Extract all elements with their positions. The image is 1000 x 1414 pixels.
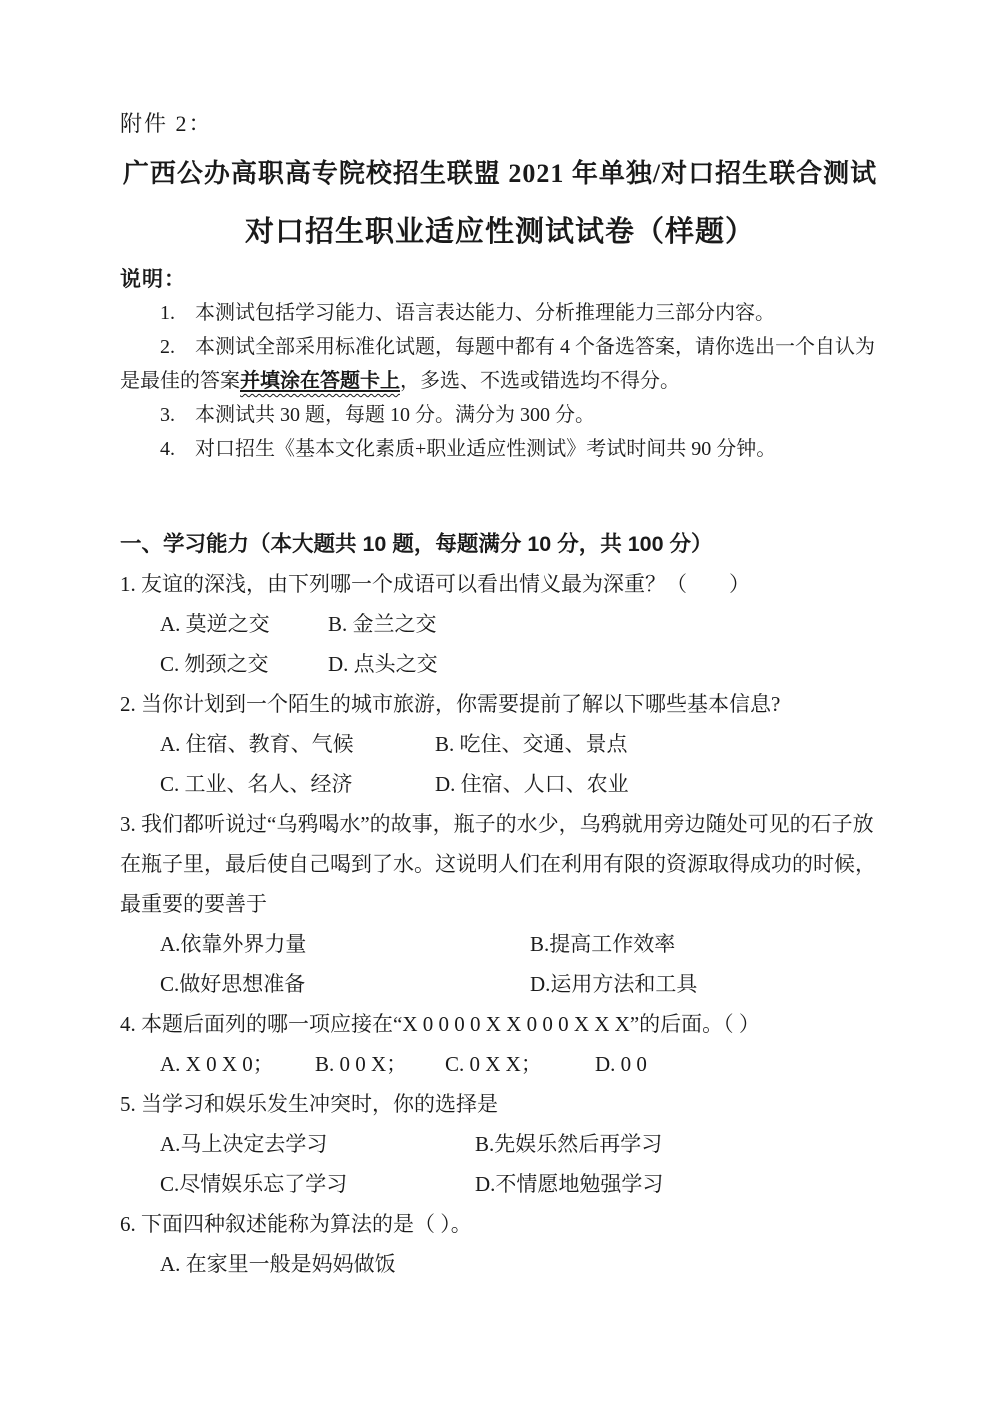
question-6-stem: 6. 下面四种叙述能称为算法的是（ ）。: [120, 1204, 880, 1244]
question-1-options-row-1: A. 莫逆之交 B. 金兰之交: [120, 604, 880, 644]
questions-block: 1. 友谊的深浅，由下列哪一个成语可以看出情义最为深重？（ ） A. 莫逆之交 …: [120, 564, 880, 1284]
question-2-stem: 2. 当你计划到一个陌生的城市旅游，你需要提前了解以下哪些基本信息?: [120, 684, 880, 724]
exam-paper-page: 附件 2： 广西公办高职高专院校招生联盟 2021 年单独/对口招生联合测试 对…: [0, 0, 1000, 1414]
question-4-stem: 4. 本题后面列的哪一项应接在“X 0 0 0 0 X X 0 0 0 X X …: [120, 1004, 880, 1044]
question-1-stem: 1. 友谊的深浅，由下列哪一个成语可以看出情义最为深重？（ ）: [120, 564, 880, 604]
instructions-block: 说明： 1. 本测试包括学习能力、语言表达能力、分析推理能力三部分内容。 2. …: [120, 264, 880, 466]
question-1-option-c: C. 刎颈之交: [160, 644, 328, 684]
question-2-options-row-2: C. 工业、名人、经济 D. 住宿、人口、农业: [120, 764, 880, 804]
instruction-item-2-tail: ，多选、不选或错选均不得分。: [400, 370, 680, 392]
question-6-options-row: A. 在家里一般是妈妈做饭: [120, 1244, 880, 1284]
question-4-options-row: A. X 0 X 0； B. 0 0 X； C. 0 X X； D. 0 0: [120, 1044, 880, 1084]
instructions-heading: 说明：: [120, 264, 880, 296]
document-title: 对口招生职业适应性测试试卷（样题）: [120, 212, 880, 252]
document-header: 广西公办高职高专院校招生联盟 2021 年单独/对口招生联合测试: [120, 156, 880, 192]
question-1-options-row-2: C. 刎颈之交 D. 点头之交: [120, 644, 880, 684]
question-3-option-a: A.依靠外界力量: [160, 924, 530, 964]
question-4-option-d: D. 0 0: [595, 1044, 647, 1084]
question-1-option-a: A. 莫逆之交: [160, 604, 328, 644]
attachment-label: 附件 2：: [120, 108, 880, 140]
question-1-option-d: D. 点头之交: [328, 644, 438, 684]
question-2-option-d: D. 住宿、人口、农业: [435, 764, 629, 804]
question-2-option-b: B. 吃住、交通、景点: [435, 724, 628, 764]
question-3-option-d: D.运用方法和工具: [530, 964, 697, 1004]
question-6-option-a: A. 在家里一般是妈妈做饭: [160, 1244, 396, 1284]
instruction-item-3: 3. 本测试共 30 题，每题 10 分。满分为 300 分。: [120, 398, 880, 432]
question-5-options-row-2: C.尽情娱乐忘了学习 D.不情愿地勉强学习: [120, 1164, 880, 1204]
question-4-option-a: A. X 0 X 0；: [160, 1044, 315, 1084]
section-1-heading: 一、学习能力（本大题共 10 题，每题满分 10 分，共 100 分）: [120, 528, 880, 560]
question-3-option-c: C.做好思想准备: [160, 964, 530, 1004]
question-4-option-b: B. 0 0 X；: [315, 1044, 445, 1084]
instruction-item-2-emphasis: 并填涂在答题卡上: [240, 370, 400, 392]
question-2-option-c: C. 工业、名人、经济: [160, 764, 435, 804]
instruction-item-2: 2. 本测试全部采用标准化试题，每题中都有 4 个备选答案，请你选出一个自认为是…: [120, 330, 880, 398]
question-5-option-b: B.先娱乐然后再学习: [475, 1124, 662, 1164]
question-3-options-row-2: C.做好思想准备 D.运用方法和工具: [120, 964, 880, 1004]
question-3-stem: 3. 我们都听说过“乌鸦喝水”的故事，瓶子的水少，乌鸦就用旁边随处可见的石子放在…: [120, 804, 880, 924]
question-2-options-row-1: A. 住宿、教育、气候 B. 吃住、交通、景点: [120, 724, 880, 764]
question-5-option-d: D.不情愿地勉强学习: [475, 1164, 663, 1204]
question-3-options-row-1: A.依靠外界力量 B.提高工作效率: [120, 924, 880, 964]
question-5-options-row-1: A.马上决定去学习 B.先娱乐然后再学习: [120, 1124, 880, 1164]
instruction-item-2-emphasis-wrap: 并填涂在答题卡上: [240, 370, 400, 392]
question-2-option-a: A. 住宿、教育、气候: [160, 724, 435, 764]
question-4-option-c: C. 0 X X；: [445, 1044, 595, 1084]
question-5-stem: 5. 当学习和娱乐发生冲突时，你的选择是: [120, 1084, 880, 1124]
question-5-option-c: C.尽情娱乐忘了学习: [160, 1164, 475, 1204]
question-1-option-b: B. 金兰之交: [328, 604, 437, 644]
question-3-option-b: B.提高工作效率: [530, 924, 675, 964]
instruction-item-1: 1. 本测试包括学习能力、语言表达能力、分析推理能力三部分内容。: [120, 296, 880, 330]
instruction-item-4: 4. 对口招生《基本文化素质+职业适应性测试》考试时间共 90 分钟。: [120, 432, 880, 466]
question-5-option-a: A.马上决定去学习: [160, 1124, 475, 1164]
